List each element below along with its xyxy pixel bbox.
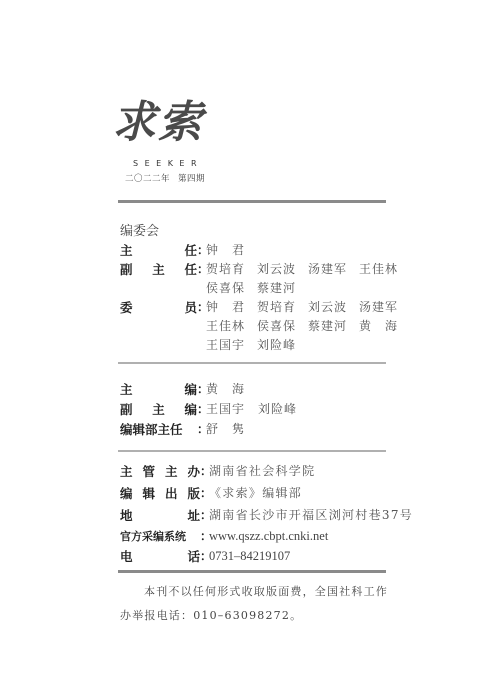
office-director-value: 舒 隽 — [206, 421, 245, 438]
director-names: 钟 君 — [206, 242, 410, 259]
chief-editor-label: 主 编 — [120, 381, 197, 398]
phone-row: 电 话 ： 0731–84219107 — [120, 548, 290, 565]
deputy-directors-row: 副 主 任 ： 贺培育 刘云波 汤建军 王佳林 侯喜保 蔡建河 — [120, 261, 410, 297]
address-value: 湖南省长沙市开福区浏河村巷37号 — [209, 507, 413, 524]
members-label: 委 员 — [120, 299, 197, 354]
publisher-value: 《求索》编辑部 — [209, 485, 302, 502]
address-row: 地 址 ： 湖南省长沙市开福区浏河村巷37号 — [120, 507, 413, 524]
divider-top — [118, 200, 386, 203]
sponsor-label: 主 管 主 办 — [120, 463, 200, 480]
journal-logo: 求索 — [112, 98, 222, 148]
members-names: 钟 君 贺培育 刘云波 汤建军 王佳林 侯喜保 蔡建河 黄 海 王国宇 刘险峰 — [206, 299, 410, 354]
office-director-label: 编辑部主任 — [120, 421, 197, 438]
website-link[interactable]: www.qszz.cbpt.cnki.net — [209, 528, 328, 545]
office-director-row: 编辑部主任 ： 舒 隽 — [120, 421, 245, 438]
address-label: 地 址 — [120, 507, 200, 524]
divider-editorial — [118, 362, 386, 364]
publisher-row: 编 辑 出 版 ： 《求索》编辑部 — [120, 485, 302, 502]
phone-label: 电 话 — [120, 548, 200, 565]
chief-editor-value: 黄 海 — [206, 381, 245, 398]
website-row: 官方采编系统 ： www.qszz.cbpt.cnki.net — [120, 528, 328, 545]
deputy-directors-names: 贺培育 刘云波 汤建军 王佳林 侯喜保 蔡建河 — [206, 261, 410, 297]
deputy-chief-editors-label: 副 主 编 — [120, 401, 197, 418]
members-row: 委 员 ： 钟 君 贺培育 刘云波 汤建军 王佳林 侯喜保 蔡建河 黄 海 王国… — [120, 299, 410, 354]
sponsor-row: 主 管 主 办 ： 湖南省社会科学院 — [120, 463, 315, 480]
phone-value: 0731–84219107 — [209, 548, 290, 565]
divider-editors — [118, 450, 386, 452]
director-row: 主 任 ： 钟 君 — [120, 242, 410, 259]
divider-bottom — [118, 570, 386, 573]
chief-editor-row: 主 编 ： 黄 海 — [120, 381, 245, 398]
fee-notice: 本刊不以任何形式收取版面费，全国社科工作办举报电话：010–63098272。 — [120, 580, 388, 628]
website-label: 官方采编系统 — [120, 528, 200, 545]
publisher-label: 编 辑 出 版 — [120, 485, 200, 502]
sponsor-value: 湖南省社会科学院 — [209, 463, 315, 480]
deputy-chief-editors-value: 王国宇 刘险峰 — [206, 401, 297, 418]
editorial-board-title: 编委会 — [120, 220, 159, 239]
director-label: 主 任 — [120, 242, 197, 259]
journal-english-name: SEEKER — [133, 159, 203, 168]
deputy-directors-label: 副 主 任 — [120, 261, 197, 297]
deputy-chief-editors-row: 副 主 编 ： 王国宇 刘险峰 — [120, 401, 297, 418]
issue-year: 二〇二二年 — [125, 174, 170, 184]
issue-line: 二〇二二年第四期 — [125, 172, 205, 184]
issue-number: 第四期 — [178, 174, 205, 184]
